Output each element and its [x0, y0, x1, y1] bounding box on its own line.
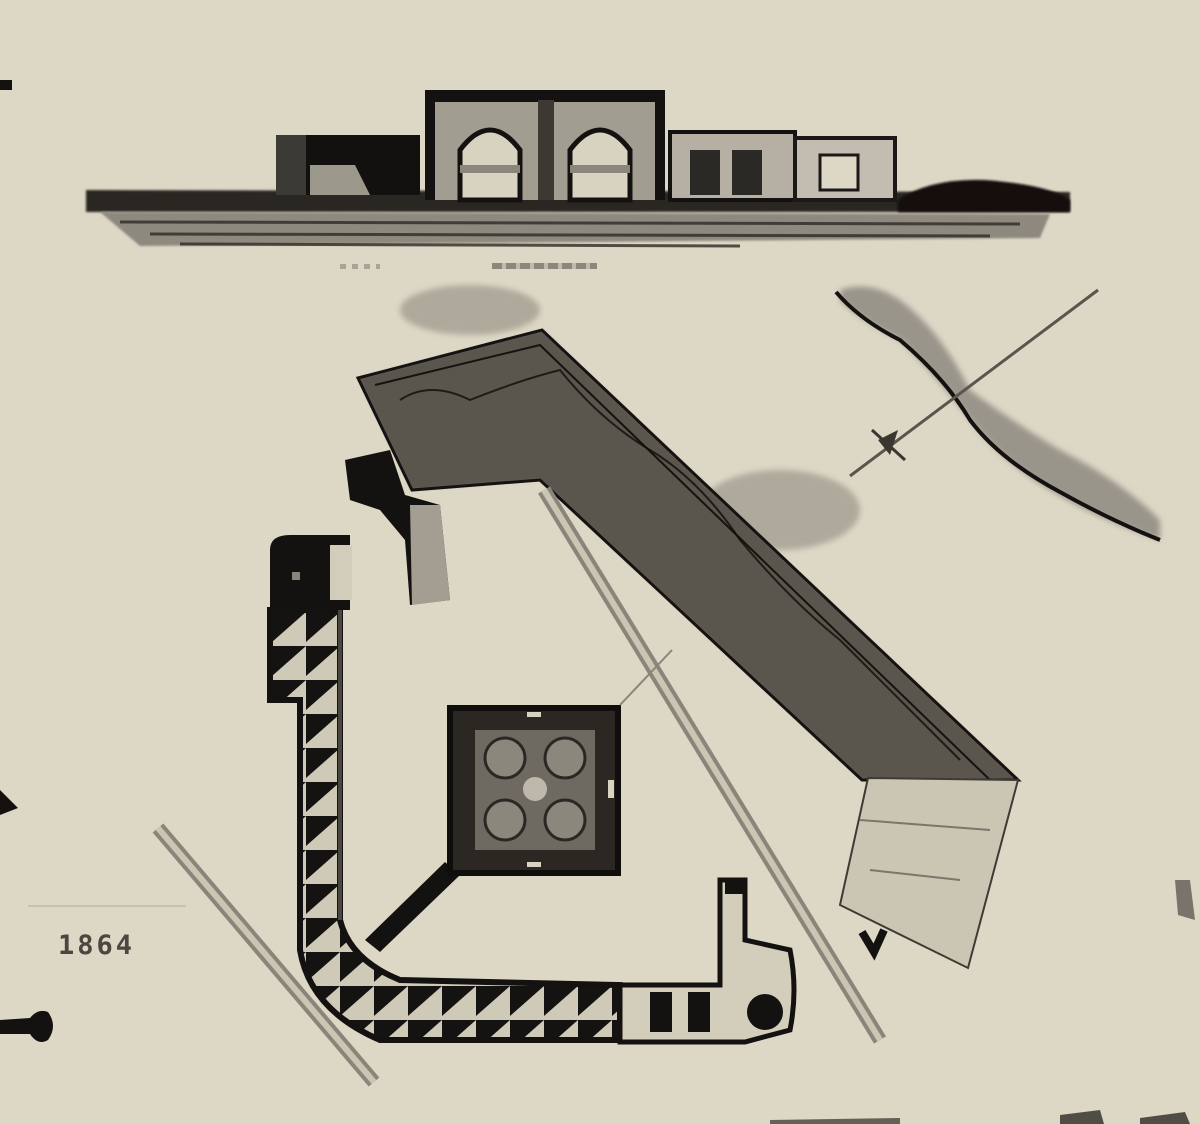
elevation-caption-text: [492, 263, 597, 269]
fort-drawing: [0, 0, 1200, 1124]
drawing-page: 1864: [0, 0, 1200, 1124]
year-rule: [28, 905, 186, 907]
year-label: 1864: [58, 930, 135, 961]
scale-caption: [340, 264, 380, 269]
